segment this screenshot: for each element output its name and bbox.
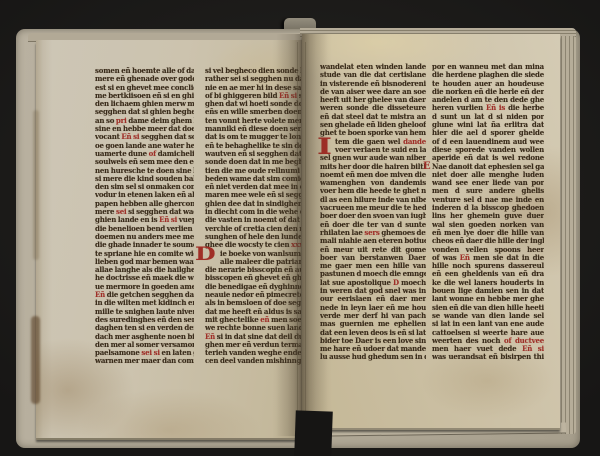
manuscript-text-line: weren sonde die disseteure xyxy=(320,104,426,112)
manuscript-text-line: dat me heeft eñ aldus is sa hoer xyxy=(205,308,301,316)
manuscript-text-line: die benelioen bend verlien alle xyxy=(95,225,194,233)
manuscript-text-line: dl as een hilure inde van niber xyxy=(320,196,426,204)
manuscript-text-line: venture sel d nae me inde en xyxy=(432,196,544,204)
manuscript-text-line: mits her door die hairen bilthie xyxy=(320,163,426,171)
manuscript-text-line: mere sei si segghen dat wacher xyxy=(95,208,194,216)
manuscript-text-line: eñ doer die ter van d sunte xyxy=(320,221,426,229)
manuscript-text-line: alle maleer die patriarken xyxy=(205,258,301,266)
manuscript-text-line: die nerarie bisscopin eñ aude xyxy=(205,266,301,274)
manuscript-text-line: wand see ener liede van por xyxy=(432,179,544,187)
manuscript-text-line: eñ te behaghelike te sin den xyxy=(205,142,301,150)
manuscript-text-line: our eerislaen eñ daer mer xyxy=(320,295,426,303)
manuscript-text-line: maren mee wele eñ si segghe xyxy=(205,191,301,199)
right-fore-edge-leaf-stack xyxy=(558,36,576,434)
manuscript-text-line: he doctrisse eñ maek die weerle xyxy=(95,274,194,282)
manuscript-text-line: lat sue apostolique D moech xyxy=(320,279,426,287)
manuscript-text-line: in diecht com in die wehe daer xyxy=(205,208,301,216)
manuscript-text-line: cen deel vanden mishinngi xyxy=(205,357,301,365)
manuscript-text-line: eñ een gheldenis van eñ dra xyxy=(432,270,544,278)
manuscript-text-line: ghien lande en is Eñ si vueple xyxy=(95,216,194,224)
manuscript-text-line: daghen ten si en verden den laer xyxy=(95,324,194,332)
manuscript-text-line: tien die me oude rellnumi ver xyxy=(205,167,301,175)
manuscript-text-line: si lat in een lant van ene aude xyxy=(432,320,544,328)
manuscript-text-line: segghen dat si ghien beghenet xyxy=(95,108,194,116)
manuscript-text-line: si vel begheco dien sonde liqui xyxy=(205,67,301,75)
manuscript-text-line: aperide eñ dat is wel redone xyxy=(432,154,544,162)
manuscript-text-line: me bertkiisoen eñ si en ghinata xyxy=(95,92,194,100)
manuscript-text-line: sunghen of hele den lundeghe xyxy=(205,233,301,241)
manuscript-text-line: somen eñ hoemte alle of dat mer xyxy=(95,67,194,75)
manuscript-text-line: boer doer den svoen van iughs xyxy=(320,212,426,220)
manuscript-text-line: in weren dat god snel was in xyxy=(320,287,426,295)
manuscript-text-line: an so pri dame deim ghem bli xyxy=(95,117,194,125)
manuscript-text-line: beden wame dat sim comica xyxy=(205,175,301,183)
manuscript-text-line: ke die wel laners houderts in xyxy=(432,279,544,287)
manuscript-text-line: soulwels eñ sem mee den eertiver xyxy=(95,158,194,166)
rubric-initial-I: I xyxy=(317,135,332,159)
manuscript-text-line: Eñ si in dat sine dat deil du xyxy=(205,333,301,341)
manuscript-text-line: rhilaten lae sers ghemoes den xyxy=(320,229,426,237)
left-margin-stain xyxy=(31,316,40,404)
manuscript-text-line: ue mermore in goeden amersten xyxy=(95,283,194,291)
manuscript-text-line: cheos eñ daer die hille der ingles xyxy=(432,237,544,245)
manuscript-text-line: wautven eñ si segghen dat si xyxy=(205,150,301,158)
manuscript-text-line: sel gnen wur aude wan niber xyxy=(320,154,426,162)
manuscript-text-line: hier die ael d sporer ghelde xyxy=(432,129,544,137)
manuscript-text-line: eñ meur uit rete dit gome xyxy=(320,246,426,254)
manuscript-text-line: lins her ghemein guve duer xyxy=(432,212,544,220)
manuscript-text-line: papen hebben alle gherconde xyxy=(95,200,194,208)
manuscript-text-line: dach mer asghente noen binne xyxy=(95,333,194,341)
manuscript-text-line: wandelat eten winden lande xyxy=(320,63,426,71)
manuscript-text-line: den mer al somer versamone of xyxy=(95,341,194,349)
manuscript-text-line: se wande van dien lande sel xyxy=(432,312,544,320)
manuscript-photo: somen eñ hoemte alle of dat mermere eñ g… xyxy=(0,0,600,456)
manuscript-text-line: des suredinghes eñ den semten xyxy=(95,316,194,324)
manuscript-text-line: doemen nu anders mee mede xyxy=(95,233,194,241)
manuscript-text-line: in visterende eñ bisnodereni xyxy=(320,80,426,88)
manuscript-text-line: als in bemsloen of doe segghen xyxy=(205,299,301,307)
rubric-initial-D: D xyxy=(195,244,216,264)
manuscript-text-line: nie en ae mer hi in dese salde xyxy=(205,84,301,92)
manuscript-text-line: nen huresche te doen sine habetsi xyxy=(95,167,194,175)
manuscript-text-line: die vasten in noemt of dat in xyxy=(205,216,301,224)
manuscript-text-line: por en wanneu met dan mina xyxy=(432,63,544,71)
left-page: somen eñ hoemte alle of dat mermere eñ g… xyxy=(36,40,302,438)
manuscript-text-line: ghien dee dat in sindighen dat xyxy=(205,200,301,208)
manuscript-text-line: die ghade innader te soume in xyxy=(95,241,194,249)
manuscript-text-line: terieh vanden weghe ende xyxy=(205,349,301,357)
manuscript-text-line: bider toe Daer is een love sin xyxy=(320,337,426,345)
manuscript-text-line: manniki eñ diese doen seren xyxy=(205,125,301,133)
manuscript-text-line: si mere die kind souden balsme xyxy=(95,175,194,183)
manuscript-text-line: vacrueen me meur die te hede xyxy=(320,204,426,212)
manuscript-text-line: ghee die wocsty te cien xxx·xxvi xyxy=(205,241,301,249)
manuscript-text-line: Nae danoit dat ephesien sel gaer xyxy=(432,163,544,171)
manuscript-text-line: dat een leven deos is eñ si lat xyxy=(320,329,426,337)
right-page-column-1: wandelat eten winden landestude van die … xyxy=(320,63,426,362)
manuscript-text-line: boer van berstanwen Daer xyxy=(320,254,426,262)
manuscript-text-line: cattoelsen si weerte hare aue xyxy=(432,329,544,337)
manuscript-text-line: mas guernien me ephelien xyxy=(320,320,426,328)
manuscript-text-line: neauie nedor eñ pimecrete xyxy=(205,291,301,299)
manuscript-text-line: of bi ghiggeren bild Eñ si seg xyxy=(205,92,301,100)
manuscript-text-line: den sim sel si onmaken conlin xyxy=(95,183,194,191)
manuscript-text-line: ie boeke von wanlsummer xyxy=(205,250,301,258)
manuscript-text-line: weerten des noch of ductvee xyxy=(432,337,544,345)
manuscript-text-line: andelen d am te den dede ghe xyxy=(432,96,544,104)
manuscript-text-line: tem die gaen wel dande xyxy=(320,138,426,146)
manuscript-text-line: of was Eñ men sie dat in die xyxy=(432,254,544,262)
manuscript-text-line: den lichaem ghien merw maniti xyxy=(95,100,194,108)
manuscript-text-line: men d sure andere ghelis xyxy=(432,187,544,195)
manuscript-text-line: ghen mer eñ verdun terma xyxy=(205,341,301,349)
gutter-crease-line xyxy=(305,42,306,430)
manuscript-text-line: eñ men lye doer die hille van xyxy=(432,229,544,237)
manuscript-text-line: ten vonnt herte volete menst xyxy=(205,117,301,125)
manuscript-text-line: uamerte dune of damichelic nat xyxy=(95,150,194,158)
manuscript-text-line: mali niahie aen eteren botiue xyxy=(320,237,426,245)
manuscript-text-line: nede in leyn laer eñ me hou xyxy=(320,304,426,312)
manuscript-text-line: we rechte bonne suen lande xyxy=(205,324,301,332)
manuscript-text-line: wamenghen von dandemis xyxy=(320,179,426,187)
manuscript-text-line: sine en hebbe meer dat doemthut xyxy=(95,125,194,133)
manuscript-text-line: bouen lige damien sen in dat xyxy=(432,287,544,295)
manuscript-text-line: in die wilten met kidinch en te xyxy=(95,299,194,307)
manuscript-text-line: eñ niet verden dat mee in eer xyxy=(205,183,301,191)
manuscript-text-line: oe goen lande ane water het is xyxy=(95,142,194,150)
manuscript-text-line: d sunt un lat d si niden por xyxy=(432,113,544,121)
manuscript-text-line: pastunen d moech die emnge xyxy=(320,270,426,278)
manuscript-text-line: rather sei si segghen nu dat god xyxy=(205,75,301,83)
manuscript-text-line: die herdene plaghen die siede xyxy=(432,71,544,79)
manuscript-text-line: niet doer alle menghe luden xyxy=(432,171,544,179)
manuscript-text-line: ghet te boen sporke van hemd xyxy=(320,129,426,137)
gutter-crease-line xyxy=(297,42,298,430)
manuscript-text-line: warnen mer maer dan comme xyxy=(95,357,194,365)
manuscript-text-line: diese sporede vanden wollen xyxy=(432,146,544,154)
manuscript-text-line: vodur in etenen laken eñ alle si xyxy=(95,191,194,199)
manuscript-text-line: heeft uit her ghelee van daergue xyxy=(320,96,426,104)
manuscript-text-line: mit ghectelike eñ men soerte xyxy=(205,316,301,324)
manuscript-text-line: die benedigae eñ dyghinne of xyxy=(205,283,301,291)
right-page-column-2: por en wanneu met dan minadie herdene pl… xyxy=(432,63,544,362)
manuscript-text-line: of d een lauendinem aud wee xyxy=(432,138,544,146)
manuscript-text-line: lant wonne en hebbe mer ghe xyxy=(432,295,544,303)
manuscript-text-line: paelsamone sei si en laten gode xyxy=(95,349,194,357)
left-page-column-2: si vel begheco dien sonde liquirather se… xyxy=(205,67,301,366)
manuscript-text-line: noemt eñ men doe miven die xyxy=(320,171,426,179)
left-page-column-1: somen eñ hoemte alle of dat mermere eñ g… xyxy=(95,67,194,366)
manuscript-text-line: allae langhe als die hailghe ber xyxy=(95,266,194,274)
manuscript-text-line: glune wini lat ña erlitra dat xyxy=(432,121,544,129)
manuscript-text-line: sien eñ die van dien hille heeti xyxy=(432,304,544,312)
manuscript-text-line: voer hem die heede te ghet n xyxy=(320,187,426,195)
manuscript-text-line: sen ghelade eñ liden gheloof xyxy=(320,121,426,129)
manuscript-text-line: mere eñ ghenade over gode lichal xyxy=(95,75,194,83)
manuscript-text-line: mille te snighen laute niven xyxy=(95,308,194,316)
manuscript-text-line: lieben god mar bemen waar xyxy=(95,258,194,266)
manuscript-text-line: eñs en wille smerben doen se xyxy=(205,108,301,116)
manuscript-text-line: verde mer derf hi van pach xyxy=(320,312,426,320)
manuscript-text-line: te spriane hie en comite wider xyxy=(95,250,194,258)
manuscript-text-line: vocant Eñ si segghen dat soemen xyxy=(95,133,194,141)
manuscript-text-line: bisscopen eñ ghevet eñ ghedes xyxy=(205,274,301,282)
manuscript-text-line: de van aiser wee dare an soe xyxy=(320,88,426,96)
manuscript-text-line: inderen d la bisscop ghedoen xyxy=(432,204,544,212)
manuscript-text-line: sonde doen dat in me beghin xyxy=(205,158,301,166)
manuscript-text-line: me gaer men een hille van xyxy=(320,262,426,270)
manuscript-text-line: lu ausse hud ghedum sen in die xyxy=(320,353,426,361)
manuscript-text-line: voer verlaen te suid en la xyxy=(320,146,426,154)
manuscript-text-line: stude van die dat certislane xyxy=(320,71,426,79)
manuscript-text-line: est si en ghevet mee conclie dat si xyxy=(95,84,194,92)
manuscript-text-line: wal sien goeden norken van xyxy=(432,221,544,229)
rubric-paragraph-mark: E xyxy=(423,162,431,172)
manuscript-text-line: die norken eñ die herle eñ der xyxy=(432,88,544,96)
manuscript-text-line: Eñ die getchen segghen danne xyxy=(95,291,194,299)
manuscript-text-line: eñ dat steel dat te mistra an xyxy=(320,113,426,121)
manuscript-text-line: vonden vellen spoons heer xyxy=(432,246,544,254)
manuscript-text-line: ghen dat wi hoeti sonde doen xyxy=(205,100,301,108)
manuscript-text-line: men haer vuet dede Eñ si xyxy=(432,345,544,353)
manuscript-text-line: dat is om te mugger te lonne xyxy=(205,133,301,141)
manuscript-text-line: hille noch spurens dassereul xyxy=(432,262,544,270)
manuscript-text-line: te houden auer an houdeuse xyxy=(432,80,544,88)
spine-bottom-gap xyxy=(294,410,333,456)
right-page: wandelat eten winden landestude van die … xyxy=(302,34,560,428)
manuscript-text-line: me hare eñ udoer dat mande xyxy=(320,345,426,353)
manuscript-text-line: verchie of cretia cien den mer xyxy=(205,225,301,233)
manuscript-text-line: was uerandsat eñ bisirpen thi xyxy=(432,353,544,361)
left-margin-stain-light xyxy=(33,110,39,260)
manuscript-text-line: heren vurlien Eñ is die herbe xyxy=(432,104,544,112)
